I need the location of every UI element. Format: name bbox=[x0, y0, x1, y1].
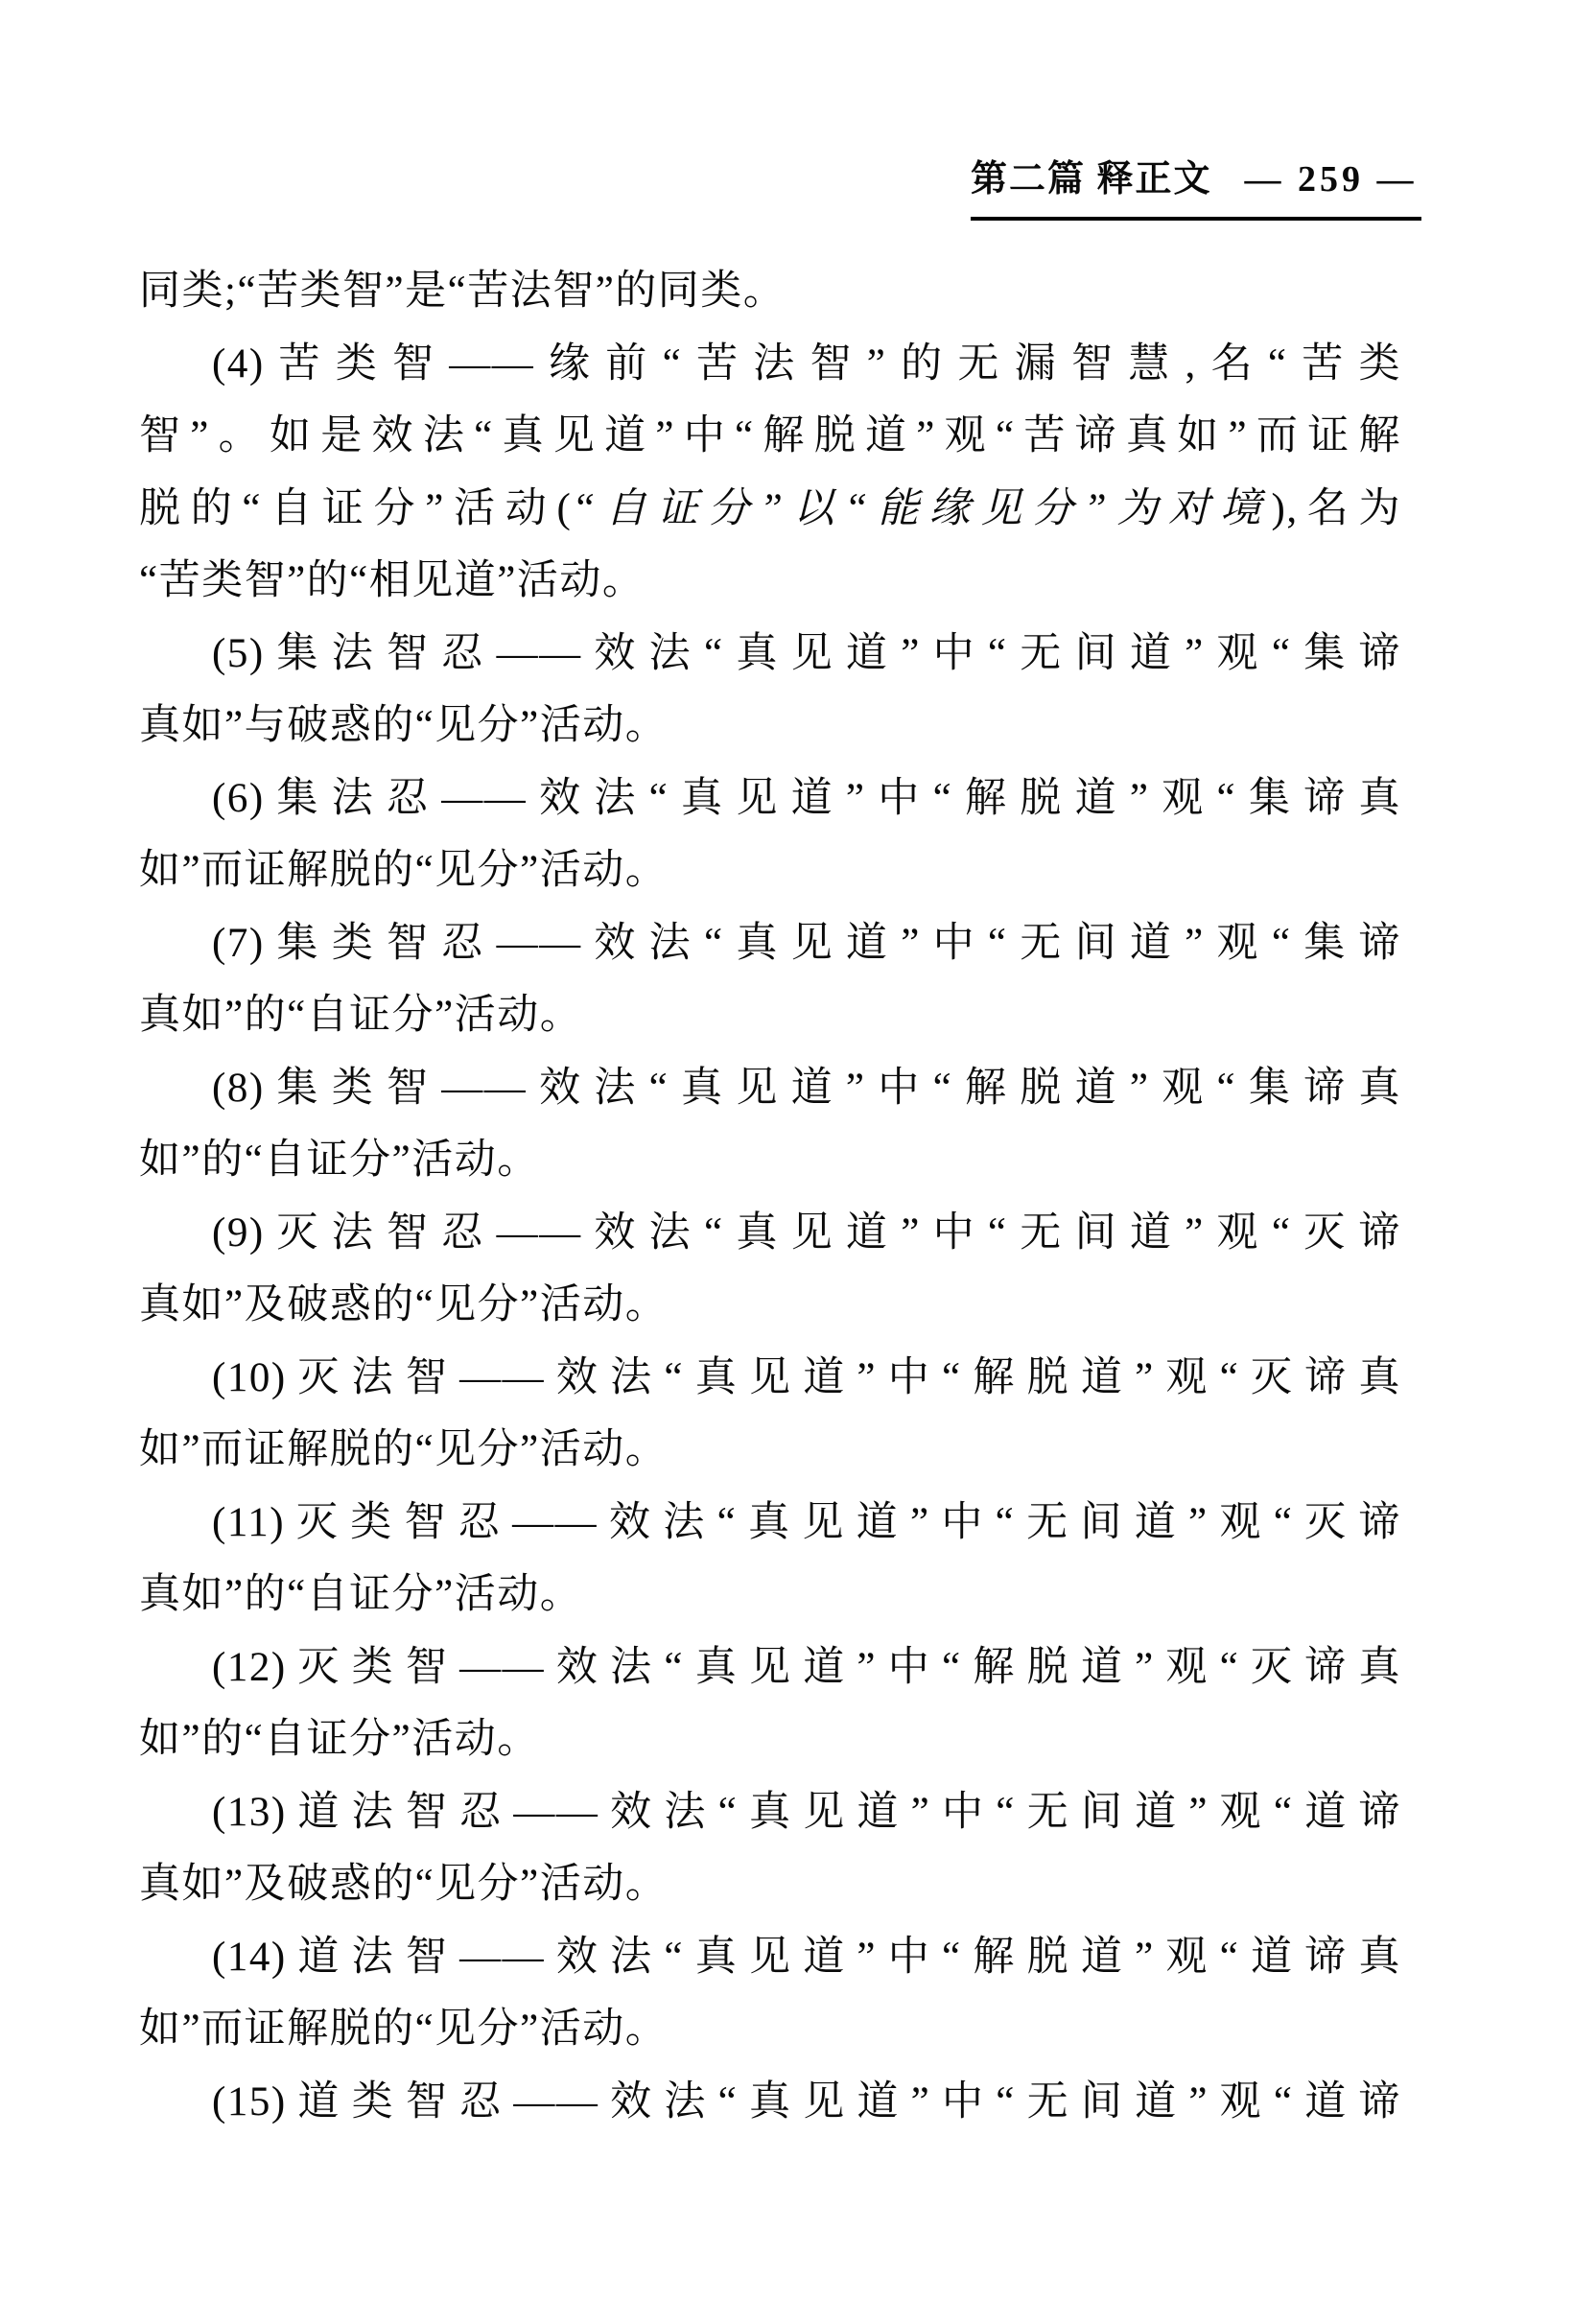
text-line: (8)集类智——效法“真见道”中“解脱道”观“集谛真 bbox=[139, 1052, 1401, 1125]
text-line: 真如”及破惑的“见分”活动。 bbox=[139, 1848, 1401, 1921]
page-number: — 259 — bbox=[1245, 159, 1418, 200]
header-rule bbox=[971, 217, 1421, 221]
text-line: (14)道法智——效法“真见道”中“解脱道”观“道谛真 bbox=[139, 1921, 1401, 1994]
text-line: (4)苦类智——缘前“苦法智”的无漏智慧,名“苦类 bbox=[139, 328, 1401, 401]
book-page: 第二篇 释正文— 259 — 同类;“苦类智”是“苦法智”的同类。(4)苦类智—… bbox=[0, 0, 1596, 2301]
body-text: 同类;“苦类智”是“苦法智”的同类。(4)苦类智——缘前“苦法智”的无漏智慧,名… bbox=[139, 255, 1401, 2138]
text-segment: ),名为 bbox=[1272, 486, 1401, 531]
text-line: (11)灭类智忍——效法“真见道”中“无间道”观“灭谛 bbox=[139, 1487, 1401, 1560]
text-line: 同类;“苦类智”是“苦法智”的同类。 bbox=[139, 255, 1401, 328]
text-line: 如”而证解脱的“见分”活动。 bbox=[139, 834, 1401, 907]
text-line: (10)灭法智——效法“真见道”中“解脱道”观“灭谛真 bbox=[139, 1342, 1401, 1415]
text-line: (6)集法忍——效法“真见道”中“解脱道”观“集谛真 bbox=[139, 763, 1401, 835]
text-line: (7)集类智忍——效法“真见道”中“无间道”观“集谛 bbox=[139, 907, 1401, 980]
text-line: (13)道法智忍——效法“真见道”中“无间道”观“道谛 bbox=[139, 1776, 1401, 1849]
text-segment: 脱的“自证分”活动( bbox=[139, 486, 572, 531]
text-line: 真如”的“自证分”活动。 bbox=[139, 979, 1401, 1052]
text-line: 智”。如是效法“真见道”中“解脱道”观“苦谛真如”而证解 bbox=[139, 400, 1401, 473]
text-line: 如”而证解脱的“见分”活动。 bbox=[139, 1414, 1401, 1487]
text-line: (15)道类智忍——效法“真见道”中“无间道”观“道谛 bbox=[139, 2066, 1401, 2139]
text-line: 真如”的“自证分”活动。 bbox=[139, 1559, 1401, 1632]
page-header: 第二篇 释正文— 259 — bbox=[971, 161, 1418, 198]
kai-annotation: “自证分”以“能缘见分”为对境 bbox=[572, 486, 1271, 531]
text-line: 脱的“自证分”活动(“自证分”以“能缘见分”为对境),名为 bbox=[139, 473, 1401, 546]
text-line: (9)灭法智忍——效法“真见道”中“无间道”观“灭谛 bbox=[139, 1197, 1401, 1270]
text-line: 如”而证解脱的“见分”活动。 bbox=[139, 1993, 1401, 2066]
text-line: (12)灭类智——效法“真见道”中“解脱道”观“灭谛真 bbox=[139, 1632, 1401, 1704]
chapter-title: 第二篇 释正文 bbox=[971, 159, 1212, 200]
text-line: 真如”及破惑的“见分”活动。 bbox=[139, 1269, 1401, 1342]
text-line: (5)集法智忍——效法“真见道”中“无间道”观“集谛 bbox=[139, 618, 1401, 691]
text-line: “苦类智”的“相见道”活动。 bbox=[139, 545, 1401, 618]
text-line: 如”的“自证分”活动。 bbox=[139, 1124, 1401, 1197]
text-line: 真如”与破惑的“见分”活动。 bbox=[139, 690, 1401, 763]
text-line: 如”的“自证分”活动。 bbox=[139, 1703, 1401, 1776]
